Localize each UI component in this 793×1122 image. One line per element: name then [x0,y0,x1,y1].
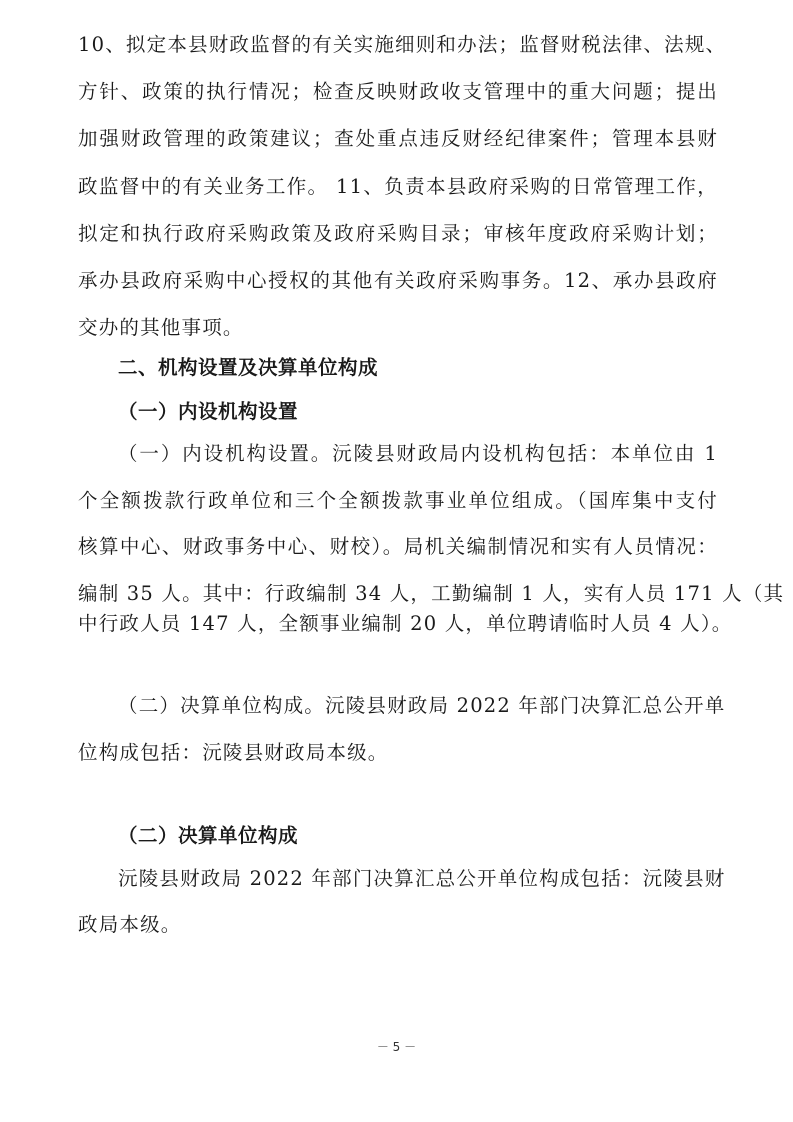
text-line: 编制 35 人。其中：行政编制 34 人，工勤编制 1 人，实有人员 171 人… [78,582,718,606]
text-line: 拟定和执行政府采购政策及政府采购目录；审核年度政府采购计划； [78,222,718,246]
subsection-heading: （二）决算单位构成 [118,824,758,848]
section-heading: 二、机构设置及决算单位构成 [118,356,758,380]
text-line: 方针、政策的执行情况；检查反映财政收支管理中的重大问题；提出 [78,80,718,104]
text-line: 承办县政府采购中心授权的其他有关政府采购事务。12、承办县政府 [78,269,718,293]
text-line: 个全额拨款行政单位和三个全额拨款事业单位组成。（国库集中支付 [78,489,718,513]
subsection-heading: （一）内设机构设置 [118,400,758,424]
text-line: 政监督中的有关业务工作。 11、负责本县政府采购的日常管理工作， [78,175,718,199]
text-line: 位构成包括：沅陵县财政局本级。 [78,741,718,765]
text-line: （二）决算单位构成。沅陵县财政局 2022 年部门决算汇总公开单 [118,694,718,718]
text-line: 交办的其他事项。 [78,316,718,340]
text-line: （一）内设机构设置。沅陵县财政局内设机构包括：本单位由 1 [118,442,718,466]
text-line: 加强财政管理的政策建议；查处重点违反财经纪律案件；管理本县财 [78,127,718,151]
text-line: 政局本级。 [78,913,718,937]
text-line: 10、拟定本县财政监督的有关实施细则和办法；监督财税法律、法规、 [78,33,718,57]
text-line: 核算中心、财政事务中心、财校）。局机关编制情况和实有人员情况： [78,535,718,559]
page-number: － 5 － [0,1038,793,1055]
text-line: 沅陵县财政局 2022 年部门决算汇总公开单位构成包括：沅陵县财 [118,867,718,891]
text-line: 中行政人员 147 人，全额事业编制 20 人，单位聘请临时人员 4 人）。 [78,612,718,636]
